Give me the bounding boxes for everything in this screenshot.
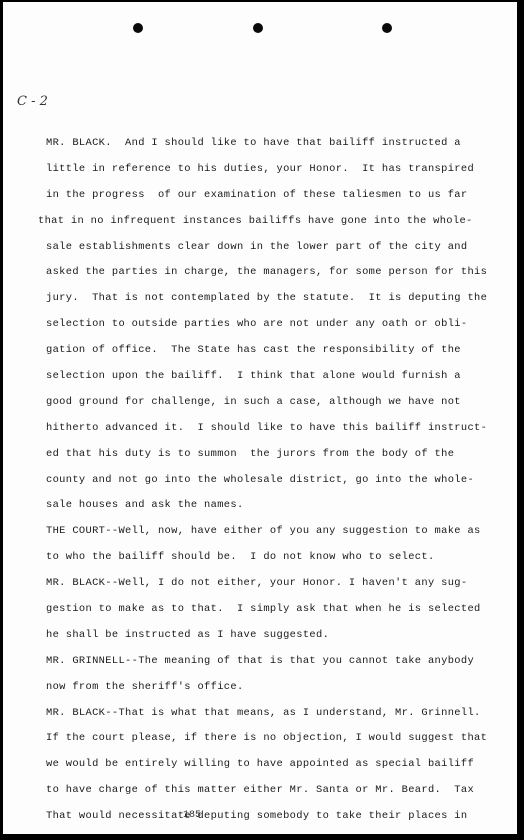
text-line: sale houses and ask the names.	[46, 493, 516, 519]
page-number: 185	[183, 810, 201, 821]
text-line: that in no infrequent instances bailiffs…	[38, 209, 516, 235]
text-line: in the progress of our examination of th…	[46, 183, 516, 209]
text-line: sale establishments clear down in the lo…	[46, 235, 516, 261]
text-line: asked the parties in charge, the manager…	[46, 260, 516, 286]
text-line: THE COURT--Well, now, have either of you…	[46, 519, 516, 545]
text-line: If the court please, if there is no obje…	[46, 726, 516, 752]
text-line: MR. GRINNELL--The meaning of that is tha…	[46, 649, 516, 675]
hole-punch-icon	[133, 23, 143, 33]
text-line: gestion to make as to that. I simply ask…	[46, 597, 516, 623]
text-line: now from the sheriff's office.	[46, 675, 516, 701]
text-line: jury. That is not contemplated by the st…	[46, 286, 516, 312]
margin-annotation: C - 2	[17, 94, 48, 109]
text-line: MR. BLACK. And I should like to have tha…	[46, 131, 516, 157]
text-line: hitherto advanced it. I should like to h…	[46, 416, 516, 442]
text-line: good ground for challenge, in such a cas…	[46, 390, 516, 416]
text-line: gation of office. The State has cast the…	[46, 338, 516, 364]
document-page: C - 2 MR. BLACK. And I should like to ha…	[3, 2, 517, 834]
text-line: we would be entirely willing to have app…	[46, 752, 516, 778]
text-line: county and not go into the wholesale dis…	[46, 468, 516, 494]
transcript-body: MR. BLACK. And I should like to have tha…	[46, 131, 516, 830]
text-line: MR. BLACK--That is what that means, as I…	[46, 701, 516, 727]
text-line: little in reference to his duties, your …	[46, 157, 516, 183]
text-line: to have charge of this matter either Mr.…	[46, 778, 516, 804]
text-line: ed that his duty is to summon the jurors…	[46, 442, 516, 468]
hole-punch-icon	[382, 23, 392, 33]
text-line: selection to outside parties who are not…	[46, 312, 516, 338]
text-line: selection upon the bailiff. I think that…	[46, 364, 516, 390]
text-line: That would necessitate deputing somebody…	[46, 804, 516, 830]
hole-punch-icon	[253, 23, 263, 33]
text-line: he shall be instructed as I have suggest…	[46, 623, 516, 649]
text-line: MR. BLACK--Well, I do not either, your H…	[46, 571, 516, 597]
text-line: to who the bailiff should be. I do not k…	[46, 545, 516, 571]
